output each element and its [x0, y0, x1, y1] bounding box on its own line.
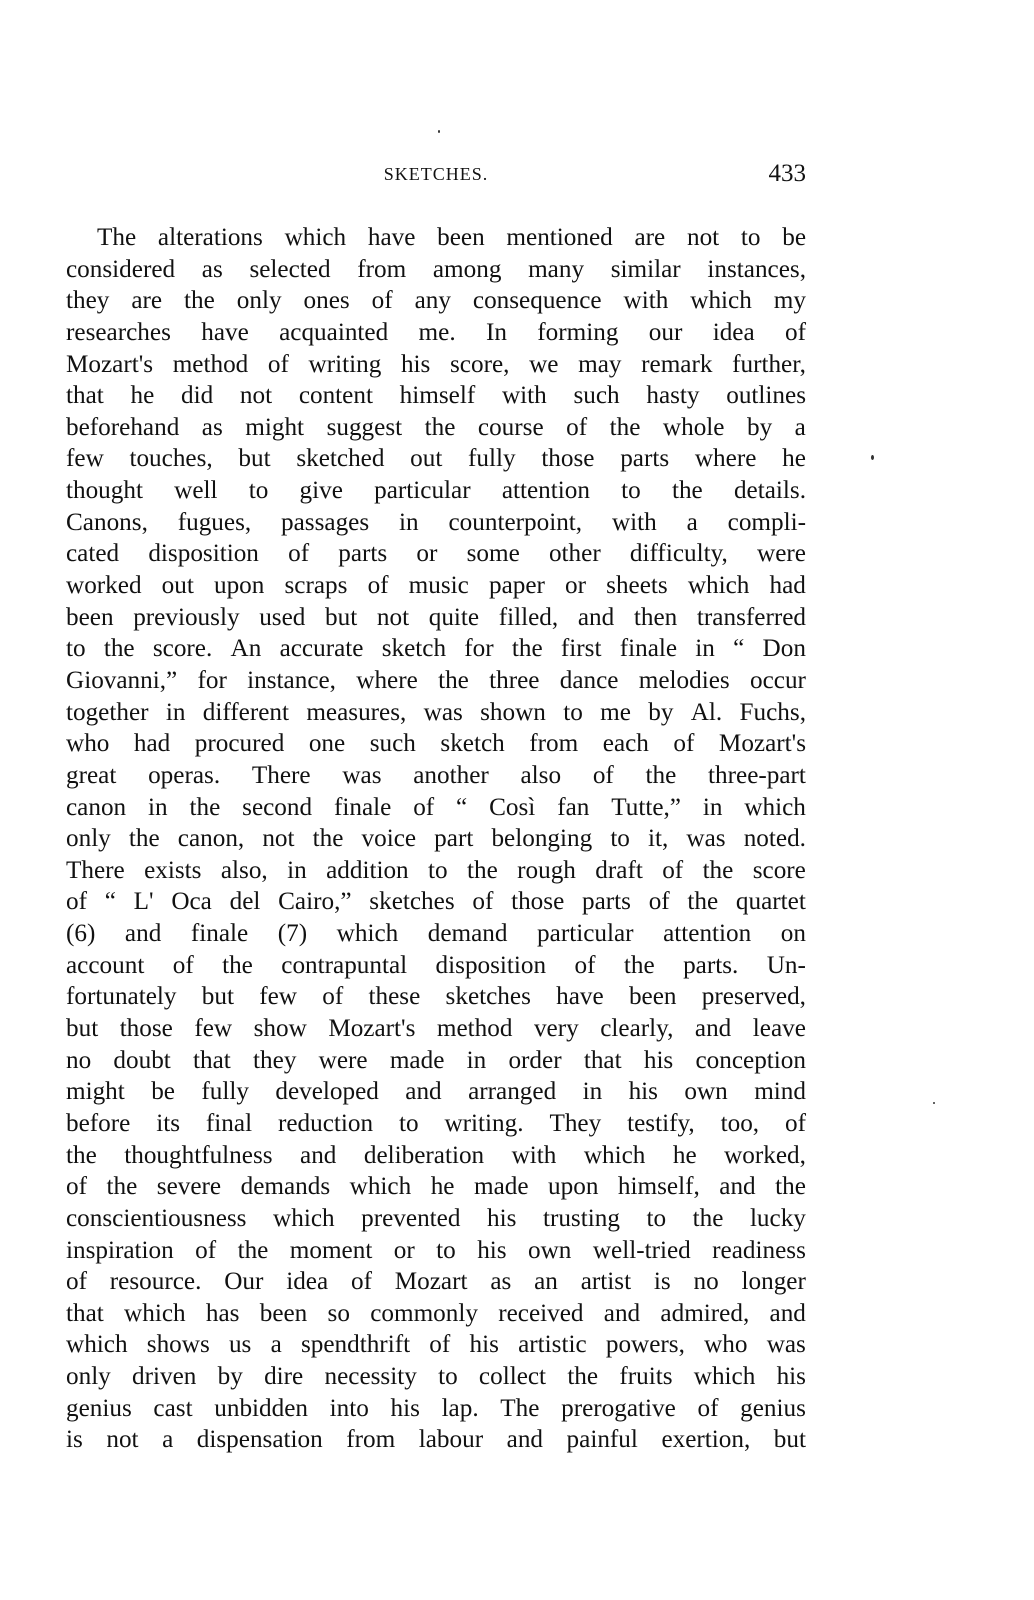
- text-line: workedoutuponscrapsofmusicpaperorsheetsw…: [66, 570, 806, 602]
- speck-mark: [933, 1102, 935, 1104]
- text-line: whohadprocuredonesuchsketchfromeachofMoz…: [66, 728, 806, 760]
- text-line: onlydrivenbydirenecessitytocollectthefru…: [66, 1361, 806, 1393]
- text-line: researcheshaveacquaintedme.Informingouri…: [66, 317, 806, 349]
- text-line: Giovanni,”forinstance,wherethethreedance…: [66, 665, 806, 697]
- text-line: oftheseveredemandswhichhemadeuponhimself…: [66, 1171, 806, 1203]
- text-line: butthosefewshowMozart'smethodveryclearly…: [66, 1013, 806, 1045]
- text-line: thethoughtfulnessanddeliberationwithwhic…: [66, 1140, 806, 1172]
- text-line: canoninthesecondfinaleof“CosìfanTutte,”i…: [66, 792, 806, 824]
- running-title: SKETCHES.: [66, 164, 806, 185]
- text-line: of“L'OcadelCairo,”sketchesofthosepartsof…: [66, 886, 806, 918]
- text-line: togetherindifferentmeasures,wasshowntome…: [66, 697, 806, 729]
- text-line: (6)andfinale(7)whichdemandparticularatte…: [66, 918, 806, 950]
- text-line: ofresource.OurideaofMozartasanartistisno…: [66, 1266, 806, 1298]
- text-line: conscientiousnesswhichpreventedhistrusti…: [66, 1203, 806, 1235]
- text-line: cateddispositionofpartsorsomeotherdiffic…: [66, 538, 806, 570]
- text-line: fortunatelybutfewofthesesketcheshavebeen…: [66, 981, 806, 1013]
- text-line: Canons,fugues,passagesincounterpoint,wit…: [66, 507, 806, 539]
- text-line: inspirationofthemomentortohisownwell-tri…: [66, 1235, 806, 1267]
- text-line: consideredasselectedfromamongmanysimilar…: [66, 254, 806, 286]
- text-line: onlythecanon,notthevoicepartbelongingtoi…: [66, 823, 806, 855]
- text-line: thoughtwelltogiveparticularattentiontoth…: [66, 475, 806, 507]
- text-line: Mozart'smethodofwritinghisscore,wemayrem…: [66, 349, 806, 381]
- text-line: thathedidnotcontenthimselfwithsuchhastyo…: [66, 380, 806, 412]
- speck-mark: [871, 455, 874, 460]
- text-line: tothescore.Anaccuratesketchforthefirstfi…: [66, 633, 806, 665]
- page-header: SKETCHES. 433: [66, 160, 806, 190]
- text-line: beenpreviouslyusedbutnotquitefilled,andt…: [66, 602, 806, 634]
- text-line: beforeitsfinalreductiontowriting.Theytes…: [66, 1108, 806, 1140]
- text-line: accountofthecontrapuntaldispositionofthe…: [66, 950, 806, 982]
- text-line: geniuscastunbiddenintohislap.Theprerogat…: [66, 1393, 806, 1425]
- text-line: mightbefullydevelopedandarrangedinhisown…: [66, 1076, 806, 1108]
- page-number: 433: [769, 160, 807, 188]
- speck-mark: [438, 130, 440, 133]
- book-page: SKETCHES. 433 Thealterationswhichhavebee…: [0, 0, 1034, 1600]
- text-line: beforehandasmightsuggestthecourseofthewh…: [66, 412, 806, 444]
- text-line: greatoperas.Therewasanotheralsoofthethre…: [66, 760, 806, 792]
- text-line: whichshowsusaspendthriftofhisartisticpow…: [66, 1329, 806, 1361]
- body-text: Thealterationswhichhavebeenmentionedaren…: [66, 222, 806, 1456]
- text-line: theyaretheonlyonesofanyconsequencewithwh…: [66, 285, 806, 317]
- text-line: nodoubtthattheyweremadeinorderthathiscon…: [66, 1045, 806, 1077]
- text-line: thatwhichhasbeensocommonlyreceivedandadm…: [66, 1298, 806, 1330]
- text-line: isnotadispensationfromlabourandpainfulex…: [66, 1424, 806, 1456]
- text-line: Thealterationswhichhavebeenmentionedaren…: [66, 222, 806, 254]
- text-line: fewtouches,butsketchedoutfullythoseparts…: [66, 443, 806, 475]
- text-line: Thereexistsalso,inadditiontotheroughdraf…: [66, 855, 806, 887]
